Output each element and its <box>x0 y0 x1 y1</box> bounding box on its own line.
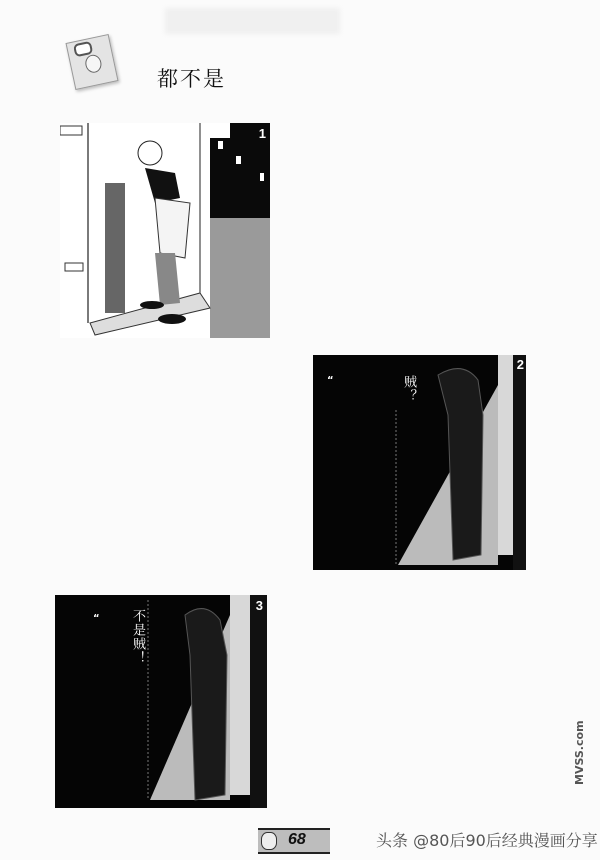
speech-text: 不是贼！ <box>128 609 147 665</box>
speech-text: 贼？ <box>399 375 418 403</box>
panel-number: 1 <box>259 126 266 141</box>
page-number: 68 <box>288 831 306 849</box>
faint-header-bleed <box>165 8 340 34</box>
panel-1-art <box>60 123 270 338</box>
panel-number: 2 <box>517 357 524 372</box>
comic-panel-1: 1 <box>60 123 270 338</box>
character-face-icon <box>261 832 277 850</box>
site-watermark: MVSS.com <box>573 720 586 785</box>
comic-panel-3: “ 不是贼！ 3 <box>55 595 267 808</box>
watermark-text: 头条 @80后90后经典漫画分享 <box>376 828 598 851</box>
sound-effect: “ <box>327 375 334 386</box>
panel-number: 3 <box>256 598 263 613</box>
page-number-bar: 68 <box>258 828 330 854</box>
sound-effect: “ <box>93 613 100 624</box>
character-portrait-icon <box>84 53 103 74</box>
panel-3-art <box>55 595 267 808</box>
pinned-note-icon <box>65 34 118 90</box>
panel-2-art <box>313 355 526 570</box>
page-title: 都不是 <box>157 63 226 93</box>
comic-panel-2: “ 贼？ 2 <box>313 355 526 570</box>
